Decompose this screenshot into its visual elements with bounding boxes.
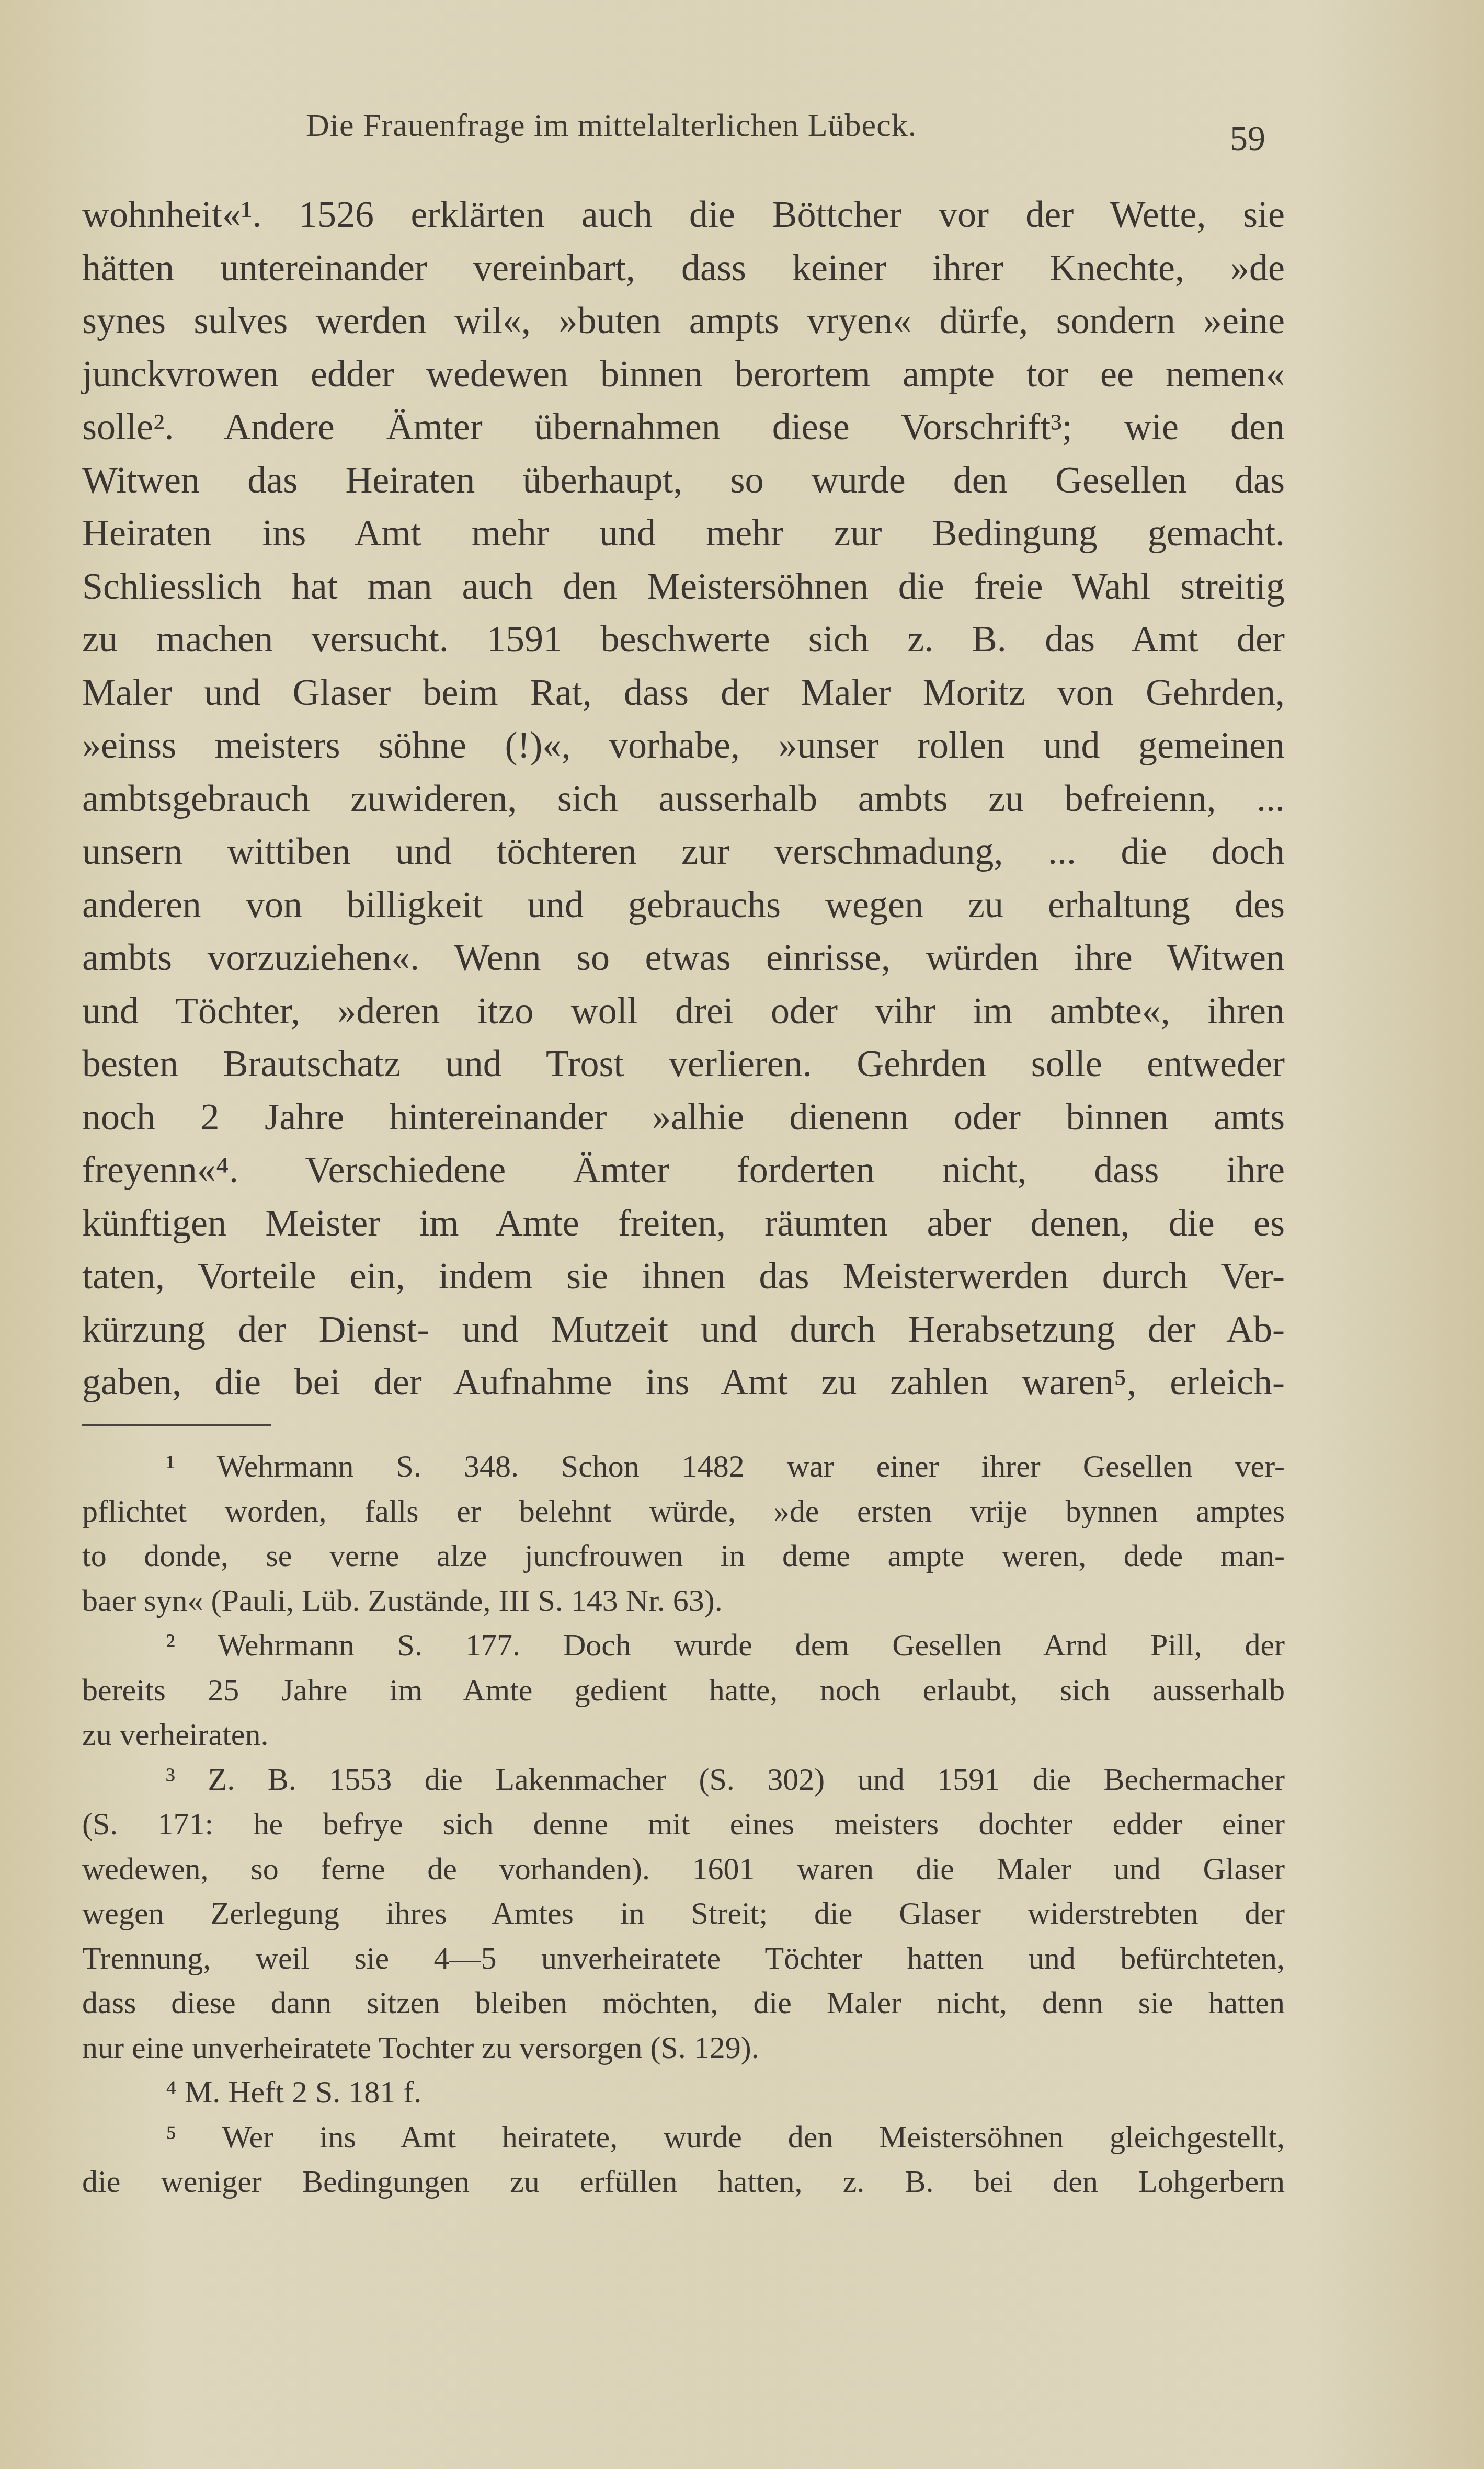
footnote-line: pflichtet worden, falls er belehnt würde…	[82, 1489, 1285, 1534]
footnote-1: ¹ Wehrmann S. 348. Schon 1482 war einer …	[82, 1444, 1285, 1623]
text-line: Witwen das Heiraten überhaupt, so wurde …	[82, 454, 1285, 507]
footnote-line: ¹ Wehrmann S. 348. Schon 1482 war einer …	[82, 1444, 1285, 1489]
text-line: Heiraten ins Amt mehr und mehr zur Bedin…	[82, 507, 1285, 560]
text-line: taten, Vorteile ein, indem sie ihnen das…	[82, 1250, 1285, 1303]
text-line: anderen von billigkeit und gebrauchs weg…	[82, 878, 1285, 932]
footnote-2: ² Wehrmann S. 177. Doch wurde dem Gesell…	[82, 1623, 1285, 1757]
footnote-5: ⁵ Wer ins Amt heiratete, wurde den Meist…	[82, 2115, 1285, 2204]
text-line: freyenn«⁴. Verschiedene Ämter forderten …	[82, 1144, 1285, 1197]
text-line: und Töchter, »deren itzo woll drei oder …	[82, 985, 1285, 1038]
main-text-block: wohnheit«¹. 1526 erklärten auch die Bött…	[82, 188, 1285, 1409]
page-number: 59	[1230, 118, 1265, 159]
text-line: künftigen Meister im Amte freiten, räumt…	[82, 1197, 1285, 1250]
footnote-4: ⁴ M. Heft 2 S. 181 f.	[82, 2070, 1285, 2115]
footnote-line: dass diese dann sitzen bleiben möchten, …	[82, 1981, 1285, 2026]
running-header: Die Frauenfrage im mittelalterlichen Lüb…	[0, 102, 1484, 159]
footnote-line: baer syn« (Pauli, Lüb. Zustände, III S. …	[82, 1579, 1285, 1624]
footnote-separator	[82, 1424, 271, 1426]
text-line: »einss meisters söhne (!)«, vorhabe, »un…	[82, 719, 1285, 772]
footnote-line: nur eine unverheiratete Tochter zu verso…	[82, 2026, 1285, 2071]
text-line: synes sulves werden wil«, »buten ampts v…	[82, 294, 1285, 348]
text-line: unsern wittiben und töchteren zur versch…	[82, 825, 1285, 878]
footnote-line: (S. 171: he befrye sich denne mit eines …	[82, 1802, 1285, 1847]
footnote-line: die weniger Bedingungen zu erfüllen hatt…	[82, 2159, 1285, 2204]
text-line: ambts vorzuziehen«. Wenn so etwas einris…	[82, 931, 1285, 985]
text-line: gaben, die bei der Aufnahme ins Amt zu z…	[82, 1356, 1285, 1409]
text-line: junckvrowen edder wedewen binnen berorte…	[82, 348, 1285, 401]
footnote-line: zu verheiraten.	[82, 1712, 1285, 1757]
text-line: ambtsgebrauch zuwideren, sich ausserhalb…	[82, 772, 1285, 826]
footnote-line: ⁴ M. Heft 2 S. 181 f.	[82, 2070, 1285, 2115]
footnotes: ¹ Wehrmann S. 348. Schon 1482 war einer …	[82, 1444, 1285, 2204]
text-line: wohnheit«¹. 1526 erklärten auch die Bött…	[82, 188, 1285, 242]
footnote-line: wedewen, so ferne de vorhanden). 1601 wa…	[82, 1847, 1285, 1892]
text-line: kürzung der Dienst- und Mutzeit und durc…	[82, 1303, 1285, 1356]
text-line: hätten untereinander vereinbart, dass ke…	[82, 242, 1285, 295]
footnote-line: ³ Z. B. 1553 die Lakenmacher (S. 302) un…	[82, 1757, 1285, 1802]
text-line: Schliesslich hat man auch den Meistersöh…	[82, 560, 1285, 613]
text-line: noch 2 Jahre hintereinander »alhie diene…	[82, 1091, 1285, 1144]
footnote-line: to donde, se verne alze juncfrouwen in d…	[82, 1534, 1285, 1579]
text-line: Maler und Glaser beim Rat, dass der Male…	[82, 666, 1285, 719]
footnote-line: ² Wehrmann S. 177. Doch wurde dem Gesell…	[82, 1623, 1285, 1668]
text-line: solle². Andere Ämter übernahmen diese Vo…	[82, 401, 1285, 454]
running-title: Die Frauenfrage im mittelalterlichen Lüb…	[306, 107, 917, 144]
footnote-line: bereits 25 Jahre im Amte gedient hatte, …	[82, 1668, 1285, 1713]
footnote-line: ⁵ Wer ins Amt heiratete, wurde den Meist…	[82, 2115, 1285, 2160]
footnote-line: Trennung, weil sie 4—5 unverheiratete Tö…	[82, 1936, 1285, 1981]
footnote-line: wegen Zerlegung ihres Amtes in Streit; d…	[82, 1891, 1285, 1936]
text-line: besten Brautschatz und Trost verlieren. …	[82, 1037, 1285, 1091]
text-line: zu machen versucht. 1591 beschwerte sich…	[82, 613, 1285, 666]
footnote-3: ³ Z. B. 1553 die Lakenmacher (S. 302) un…	[82, 1757, 1285, 2071]
